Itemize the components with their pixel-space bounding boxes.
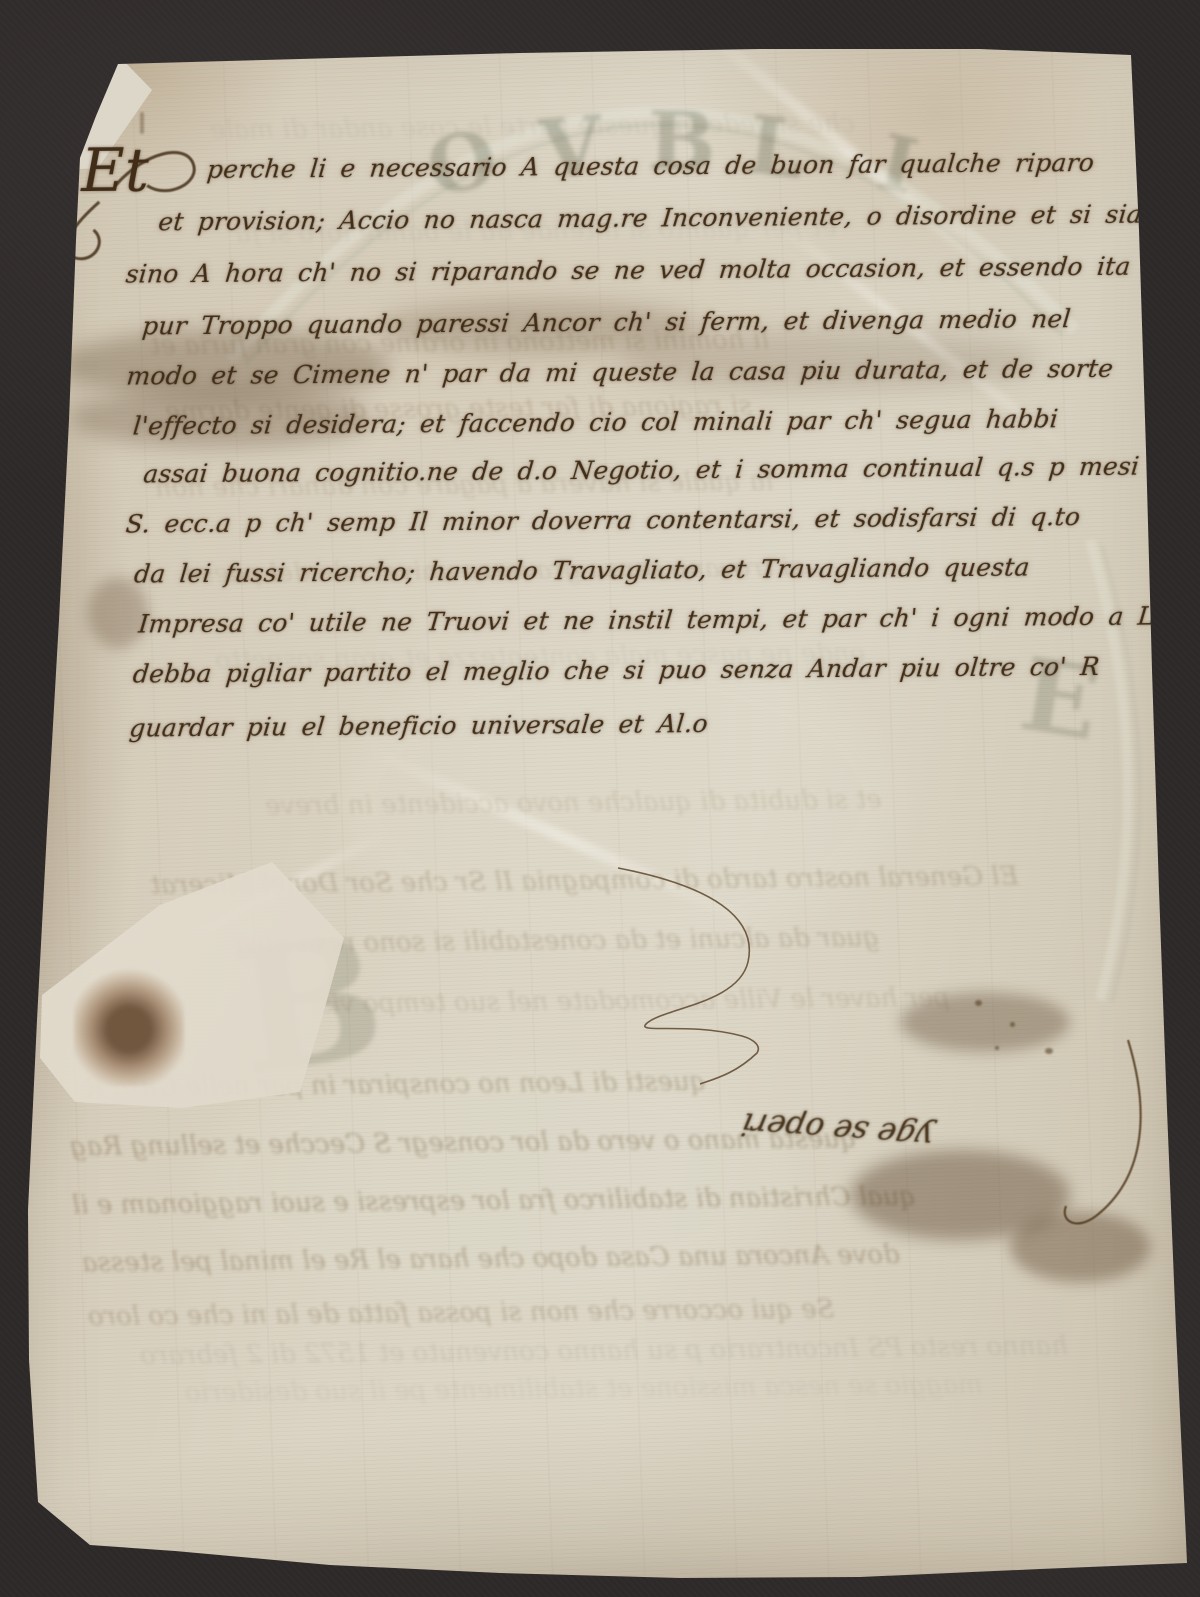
manuscript-page: O V B L I E B che si vede in queste part… (0, 0, 1200, 1597)
ink-speck (140, 112, 144, 134)
ink-speck (1010, 1022, 1015, 1027)
ink-speck (995, 1046, 999, 1050)
pen-flourish (0, 0, 1200, 1597)
ink-speck (975, 1000, 982, 1006)
photograph-backdrop: O V B L I E B che si vede in queste part… (0, 0, 1200, 1597)
ink-speck (1045, 1048, 1053, 1054)
